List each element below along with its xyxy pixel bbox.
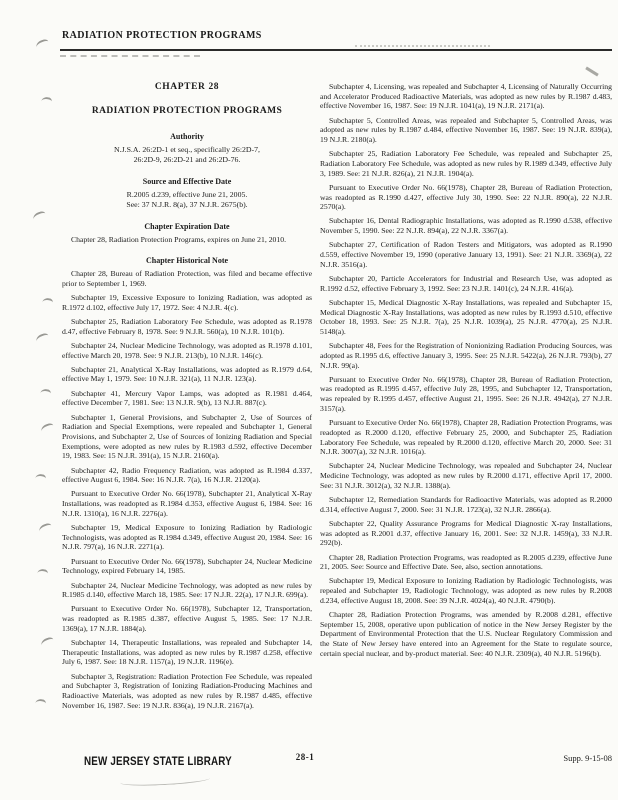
historical-paragraph: Chapter 28, Bureau of Radiation Protecti… xyxy=(62,269,312,288)
historical-paragraph: Subchapter 42, Radio Frequency Radiation… xyxy=(62,466,312,485)
historical-note-heading: Chapter Historical Note xyxy=(62,256,312,265)
historical-paragraph: Subchapter 15, Medical Diagnostic X-Ray … xyxy=(320,298,612,337)
historical-paragraph: Subchapter 5, Controlled Areas, was repe… xyxy=(320,116,612,145)
historical-paragraph: Chapter 28, Radiation Protection Program… xyxy=(320,610,612,659)
historical-paragraph: Subchapter 41, Mercury Vapor Lamps, was … xyxy=(62,389,312,408)
source-line: See: 37 N.J.R. 8(a), 37 N.J.R. 2675(b). xyxy=(62,200,312,210)
scan-mark xyxy=(37,568,49,579)
source-line: R.2005 d.239, effective June 21, 2005. xyxy=(62,190,312,200)
historical-paragraph: Subchapter 27, Certification of Radon Te… xyxy=(320,240,612,269)
supplement-date: Supp. 9-15-08 xyxy=(500,753,612,763)
historical-paragraph: Subchapter 14, Therapeutic Installations… xyxy=(62,638,312,667)
scan-mark xyxy=(40,388,52,399)
page-number: 28-1 xyxy=(270,752,340,762)
historical-paragraph: Subchapter 19, Medical Exposure to Ioniz… xyxy=(62,523,312,552)
scan-mark xyxy=(585,67,598,77)
historical-paragraph: Pursuant to Executive Order No. 66(1978)… xyxy=(62,489,312,518)
historical-paragraph: Pursuant to Executive Order No. 66(1978)… xyxy=(62,604,312,633)
scan-mark xyxy=(35,38,50,51)
scan-dash-artifact xyxy=(355,45,490,47)
historical-paragraph: Subchapter 25, Radiation Laboratory Fee … xyxy=(62,317,312,336)
historical-paragraph: Subchapter 24, Nuclear Medicine Technolo… xyxy=(62,581,312,600)
historical-paragraph: Chapter 28, Radiation Protection Program… xyxy=(320,553,612,572)
scan-mark xyxy=(41,96,53,107)
handwriting-scribble xyxy=(120,774,210,788)
source-heading: Source and Effective Date xyxy=(62,177,312,186)
header-rule xyxy=(60,49,612,51)
historical-paragraph: Subchapter 16, Dental Radiographic Insta… xyxy=(320,216,612,235)
historical-paragraph: Subchapter 19, Excessive Exposure to Ion… xyxy=(62,293,312,312)
historical-paragraph: Pursuant to Executive Order No. 66(1978)… xyxy=(320,418,612,457)
scan-mark xyxy=(40,636,55,649)
historical-paragraph: Subchapter 22, Quality Assurance Program… xyxy=(320,519,612,548)
historical-paragraph: Subchapter 20, Particle Accelerators for… xyxy=(320,274,612,293)
authority-line: N.J.S.A. 26:2D-1 et seq., specifically 2… xyxy=(62,145,312,155)
authority-heading: Authority xyxy=(62,132,312,141)
historical-paragraph: Pursuant to Executive Order No. 66(1978)… xyxy=(62,557,312,576)
historical-paragraph: Subchapter 24, Nuclear Medicine Technolo… xyxy=(320,461,612,490)
right-column: Subchapter 4, Licensing, was repealed an… xyxy=(320,80,612,663)
historical-paragraph: Subchapter 1, General Provisions, and Su… xyxy=(62,413,312,462)
document-page: RADIATION PROTECTION PROGRAMS CHAPTER 28… xyxy=(0,0,618,800)
authority-line: 26:2D-9, 26:2D-21 and 26:2D-76. xyxy=(62,155,312,165)
expiration-text: Chapter 28, Radiation Protection Program… xyxy=(62,235,312,245)
scan-mark xyxy=(42,297,54,308)
left-column: CHAPTER 28 RADIATION PROTECTION PROGRAMS… xyxy=(62,82,312,715)
scan-mark xyxy=(35,473,47,484)
historical-paragraph: Pursuant to Executive Order No. 66(1978)… xyxy=(320,375,612,414)
library-stamp: NEW JERSEY STATE LIBRARY xyxy=(84,754,232,768)
historical-paragraph: Subchapter 48, Fees for the Registration… xyxy=(320,341,612,370)
scan-mark xyxy=(32,210,47,223)
historical-paragraph: Subchapter 25, Radiation Laboratory Fee … xyxy=(320,149,612,178)
scan-mark xyxy=(38,522,53,535)
scan-mark xyxy=(35,698,47,709)
historical-paragraph: Pursuant to Executive Order No. 66(1978)… xyxy=(320,183,612,212)
running-header: RADIATION PROTECTION PROGRAMS xyxy=(62,30,262,41)
historical-paragraph: Subchapter 19, Medical Exposure to Ioniz… xyxy=(320,576,612,605)
expiration-heading: Chapter Expiration Date xyxy=(62,222,312,231)
historical-paragraph: Subchapter 4, Licensing, was repealed an… xyxy=(320,82,612,111)
historical-paragraph: Subchapter 3, Registration: Radiation Pr… xyxy=(62,672,312,711)
chapter-title: RADIATION PROTECTION PROGRAMS xyxy=(62,106,312,116)
chapter-number: CHAPTER 28 xyxy=(62,82,312,92)
historical-paragraph: Subchapter 24, Nuclear Medicine Technolo… xyxy=(62,341,312,360)
scan-dash-artifact xyxy=(60,55,200,57)
scan-mark xyxy=(35,332,50,345)
historical-paragraph: Subchapter 21, Analytical X-Ray Installa… xyxy=(62,365,312,384)
historical-paragraph: Subchapter 12, Remediation Standards for… xyxy=(320,495,612,514)
scan-mark xyxy=(40,422,55,435)
